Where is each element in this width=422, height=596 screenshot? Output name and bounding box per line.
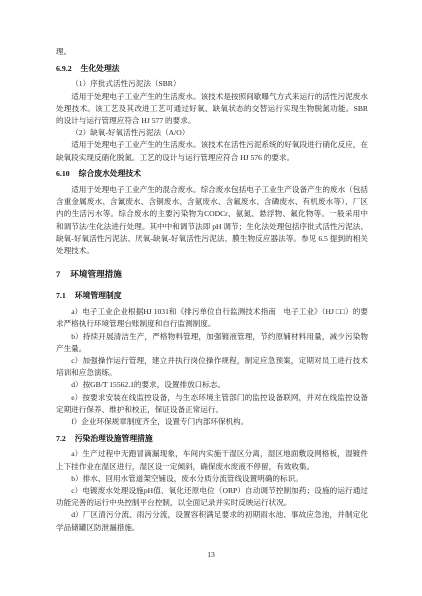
chapter-heading-7: 7环境管理措施 <box>56 268 368 280</box>
section-heading-6-9-2: 6.9.2生化处理法 <box>56 63 368 75</box>
section-title: 污染治理设施管理措施 <box>75 434 153 443</box>
list-item-a: a）生产过程中无跑冒滴漏现象，车间内实施干湿区分离，湿区地面敷设网格板，湿镀件上… <box>56 448 368 472</box>
section-heading-7-2: 7.2污染治理设施管理措施 <box>56 433 368 445</box>
body-paragraph: 适用于处理电子工业产生的生活废水。该技术在活性污泥系统的好氧段进行硝化反应，在缺… <box>56 139 368 163</box>
list-item-a: a）电子工业企业根据HJ 1031和《排污单位自行监测技术指南 电子工业》（HJ… <box>56 306 368 330</box>
list-item-f: f）企业环保规章制度齐全，设置专门内部环保机构。 <box>56 416 368 428</box>
paragraph-continuation: 理。 <box>56 46 368 58</box>
body-paragraph: 适用于处理电子工业产生的混合废水。综合废水包括电子工业生产设备产生的废水（包括含… <box>56 184 368 257</box>
list-item-c: c）电镀废水处理设施pH值、氧化还原电位（ORP）自动调节控制加药；设施的运行通… <box>56 485 368 509</box>
list-item-e: e）按要求安装在线监控设备，与生态环境主管部门的监控设备联网，并对在线监控设备定… <box>56 392 368 416</box>
list-item-b: b）排水、回用水管道架空铺设，废水分质分流管线设置明确的标识。 <box>56 473 368 485</box>
section-title: 生化处理法 <box>81 64 120 73</box>
list-item-ao: （2）缺氧-好氧活性污泥法（A/O） <box>56 127 368 139</box>
section-title: 综合废水处理技术 <box>79 169 141 178</box>
list-item-b: b）持续开展清洁生产，严格物料管理，加强镀液管理，节约原辅材料用量，减少污染物产… <box>56 331 368 355</box>
section-number: 6.10 <box>56 169 70 178</box>
list-item-c: c）加强操作运行管理，建立并执行岗位操作规程，制定应急预案，定期对员工进行技术培… <box>56 355 368 379</box>
section-number: 7.1 <box>56 291 66 300</box>
list-item-d: d）厂区清污分流、雨污分流，设置容积满足要求的初期雨水池、事故应急池，并制定化学… <box>56 509 368 533</box>
chapter-number: 7 <box>56 269 60 279</box>
section-number: 6.9.2 <box>56 64 72 73</box>
section-heading-7-1: 7.1环境管理制度 <box>56 290 368 302</box>
body-paragraph: 适用于处理电子工业产生的生活废水。该技术是按照间歇曝气方式来运行的活性污泥废水处… <box>56 91 368 128</box>
document-page: 理。 6.9.2生化处理法 （1）序批式活性污泥法（SBR） 适用于处理电子工业… <box>0 0 422 596</box>
chapter-title: 环境管理措施 <box>70 269 122 279</box>
list-item-sbr: （1）序批式活性污泥法（SBR） <box>56 78 368 90</box>
section-heading-6-10: 6.10综合废水处理技术 <box>56 168 368 180</box>
section-title: 环境管理制度 <box>75 291 122 300</box>
page-number: 13 <box>0 549 422 561</box>
section-number: 7.2 <box>56 434 66 443</box>
list-item-d: d）按GB/T 15562.1的要求，设置排放口标志。 <box>56 379 368 391</box>
